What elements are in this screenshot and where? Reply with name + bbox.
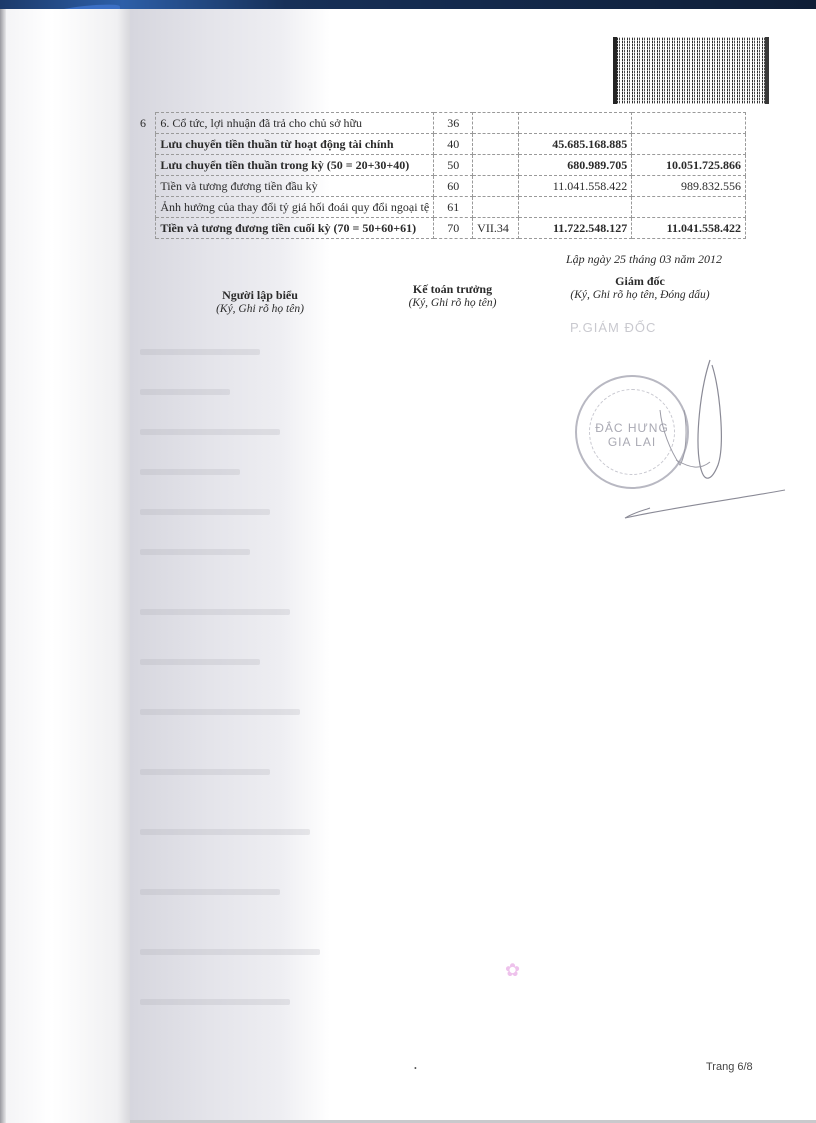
- bleed-through-text: [140, 709, 300, 715]
- row-previous-period: 989.832.556: [632, 176, 746, 197]
- row-current-period: 680.989.705: [518, 155, 632, 176]
- row-note: [473, 197, 518, 218]
- date-line: Lập ngày 25 tháng 03 năm 2012: [566, 252, 722, 267]
- bleed-through-text: [140, 999, 290, 1005]
- row-index: 6: [136, 113, 156, 134]
- bleed-through-text: [140, 889, 280, 895]
- row-code: 61: [434, 197, 473, 218]
- director-note: (Ký, Ghi rõ họ tên, Đóng dấu): [560, 289, 720, 301]
- preparer-note: (Ký, Ghi rõ họ tên): [200, 303, 320, 315]
- row-note: VII.34: [473, 218, 518, 239]
- handwritten-signature-icon: [600, 350, 800, 530]
- row-previous-period: [632, 197, 746, 218]
- bleed-through-text: [140, 829, 310, 835]
- adjacent-page-edge: [0, 9, 130, 1123]
- scan-dot: •: [414, 1064, 417, 1073]
- row-index: [136, 197, 156, 218]
- bleed-through-text: [140, 349, 260, 355]
- table-row: Tiền và tương đương tiền đầu kỳ 60 11.04…: [136, 176, 746, 197]
- bleed-through-text: [140, 549, 250, 555]
- row-code: 70: [434, 218, 473, 239]
- row-item: Ảnh hưởng của thay đổi tỷ giá hối đoái q…: [156, 197, 434, 218]
- row-previous-period: 11.041.558.422: [632, 218, 746, 239]
- chief-accountant-signature-block: Kế toán trưởng (Ký, Ghi rõ họ tên): [395, 282, 510, 309]
- row-note: [473, 134, 518, 155]
- page-number: Trang 6/8: [706, 1061, 753, 1073]
- row-item: 6. Cổ tức, lợi nhuận đã trả cho chủ sở h…: [156, 113, 434, 134]
- bleed-through-text: [140, 509, 270, 515]
- row-note: [473, 155, 518, 176]
- preparer-title: Người lập biểu: [200, 288, 320, 303]
- row-item: Lưu chuyển tiền thuần trong kỳ (50 = 20+…: [156, 155, 434, 176]
- bleed-through-text: [140, 659, 260, 665]
- row-note: [473, 113, 518, 134]
- table-row: Tiền và tương đương tiền cuối kỳ (70 = 5…: [136, 218, 746, 239]
- row-note: [473, 176, 518, 197]
- chief-accountant-title: Kế toán trưởng: [395, 282, 510, 297]
- table-row: Lưu chuyển tiền thuần trong kỳ (50 = 20+…: [136, 155, 746, 176]
- director-title: Giám đốc: [560, 274, 720, 289]
- bleed-through-text: [140, 949, 320, 955]
- row-previous-period: [632, 134, 746, 155]
- table-row: Lưu chuyển tiền thuần từ hoạt động tài c…: [136, 134, 746, 155]
- bleed-through-text: [140, 389, 230, 395]
- barcode-icon: [613, 37, 769, 104]
- row-current-period: [518, 197, 632, 218]
- director-signature-block: Giám đốc (Ký, Ghi rõ họ tên, Đóng dấu): [560, 274, 720, 301]
- row-item: Tiền và tương đương tiền cuối kỳ (70 = 5…: [156, 218, 434, 239]
- preparer-signature-block: Người lập biểu (Ký, Ghi rõ họ tên): [200, 288, 320, 315]
- row-current-period: 45.685.168.885: [518, 134, 632, 155]
- row-index: [136, 134, 156, 155]
- row-index: [136, 218, 156, 239]
- bleed-through-text: [140, 769, 270, 775]
- row-item: Lưu chuyển tiền thuần từ hoạt động tài c…: [156, 134, 434, 155]
- row-previous-period: 10.051.725.866: [632, 155, 746, 176]
- row-code: 36: [434, 113, 473, 134]
- bleed-through-text: [140, 609, 290, 615]
- row-item: Tiền và tương đương tiền đầu kỳ: [156, 176, 434, 197]
- row-current-period: 11.041.558.422: [518, 176, 632, 197]
- ink-smudge: ✿: [505, 960, 540, 985]
- table-row: 6 6. Cổ tức, lợi nhuận đã trả cho chủ sở…: [136, 113, 746, 134]
- deputy-director-stamp: P.GIÁM ĐỐC: [570, 320, 656, 335]
- bleed-through-text: [140, 429, 280, 435]
- row-index: [136, 176, 156, 197]
- row-code: 40: [434, 134, 473, 155]
- chief-accountant-note: (Ký, Ghi rõ họ tên): [395, 297, 510, 309]
- row-current-period: [518, 113, 632, 134]
- row-index: [136, 155, 156, 176]
- row-code: 50: [434, 155, 473, 176]
- bleed-through-text: [140, 469, 240, 475]
- row-current-period: 11.722.548.127: [518, 218, 632, 239]
- row-code: 60: [434, 176, 473, 197]
- table-row: Ảnh hưởng của thay đổi tỷ giá hối đoái q…: [136, 197, 746, 218]
- scan-top-edge: [0, 0, 816, 9]
- cash-flow-table: 6 6. Cổ tức, lợi nhuận đã trả cho chủ sở…: [136, 112, 746, 239]
- row-previous-period: [632, 113, 746, 134]
